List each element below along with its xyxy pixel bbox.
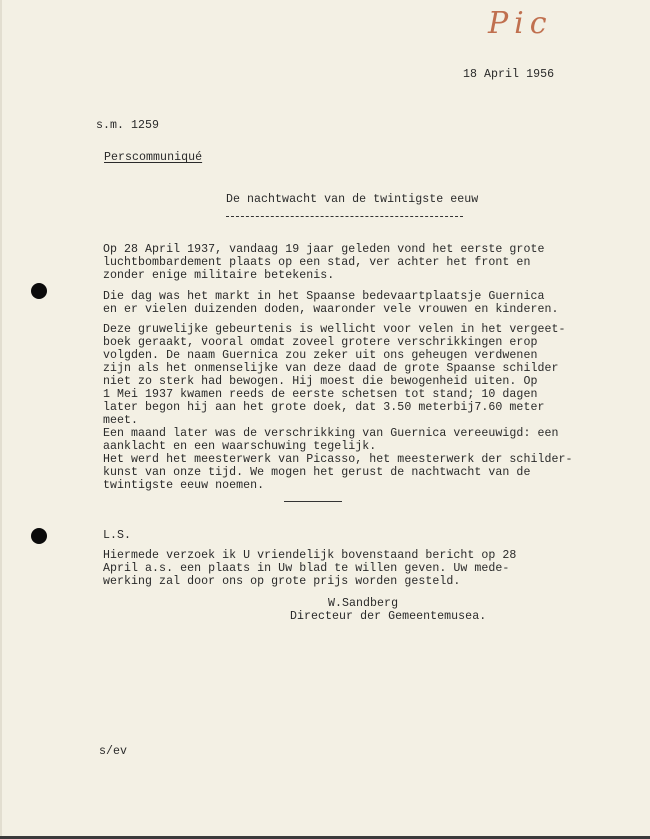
salutation: L.S. xyxy=(103,529,131,542)
body-line: 1 Mei 1937 kwamen reeds de eerste schets… xyxy=(103,388,537,401)
body-line: Een maand later was de verschrikking van… xyxy=(103,427,558,440)
body-line: Op 28 April 1937, vandaag 19 jaar gelede… xyxy=(103,243,544,256)
document-title: De nachtwacht van de twintigste eeuw xyxy=(226,193,478,206)
reference-number: s.m. 1259 xyxy=(96,119,159,132)
request-line: werking zal door ons op grote prijs word… xyxy=(103,575,460,588)
body-line: Deze gruwelijke gebeurtenis is wellicht … xyxy=(103,323,566,336)
body-line: twintigste eeuw noemen. xyxy=(103,479,264,492)
letter-date: 18 April 1956 xyxy=(463,68,554,81)
typist-initials: s/ev xyxy=(99,745,127,758)
signature-name: W.Sandberg xyxy=(328,597,398,610)
body-line: meet. xyxy=(103,414,138,427)
body-line: Het werd het meesterwerk van Picasso, he… xyxy=(103,453,573,466)
handwritten-note: Pic xyxy=(488,6,553,41)
request-line: Hiermede verzoek ik U vriendelijk bovens… xyxy=(103,549,516,562)
punch-hole xyxy=(31,528,47,544)
body-line: Die dag was het markt in het Spaanse bed… xyxy=(103,290,544,303)
body-line: later begon hij aan het grote doek, dat … xyxy=(103,401,544,414)
body-line: aanklacht en een waarschuwing tegelijk. xyxy=(103,440,376,453)
section-divider xyxy=(284,501,342,502)
body-line: kunst van onze tijd. We mogen het gerust… xyxy=(103,466,530,479)
document-type: Perscommuniqué xyxy=(104,151,202,164)
punch-hole xyxy=(31,283,47,299)
body-line: niet zo sterk had bewogen. Hij moest die… xyxy=(103,375,537,388)
body-line: luchtbombardement plaats op een stad, ve… xyxy=(103,256,530,269)
page-edge xyxy=(0,0,2,839)
body-line: zonder enige militaire betekenis. xyxy=(103,269,334,282)
body-line: boek geraakt, vooral omdat zoveel groter… xyxy=(103,336,537,349)
title-rule xyxy=(226,216,463,217)
body-line: en er vielen duizenden doden, waaronder … xyxy=(103,303,558,316)
body-line: volgden. De naam Guernica zou zeker uit … xyxy=(103,349,537,362)
body-line: zijn als het onmenselijke van deze daad … xyxy=(103,362,558,375)
document-page: Pic 18 April 1956 s.m. 1259 Perscommuniq… xyxy=(0,0,650,839)
request-line: April a.s. een plaats in Uw blad te will… xyxy=(103,562,509,575)
signature-role: Directeur der Gemeentemusea. xyxy=(290,610,486,623)
